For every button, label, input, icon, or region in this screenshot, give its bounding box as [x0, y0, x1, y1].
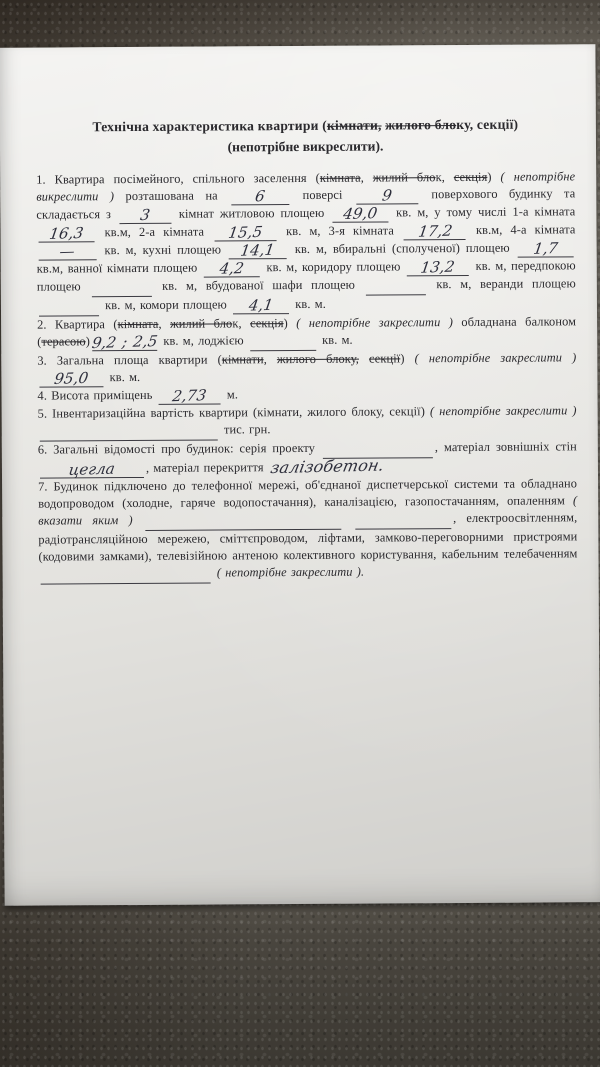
struck-text: жилого бло	[385, 117, 456, 132]
struck-text: терасою	[41, 334, 85, 348]
print-text: 1. Квартира посімейного, спільного засел…	[36, 171, 320, 187]
blank-field	[250, 337, 316, 351]
document-body: 1. Квартира посімейного, спільного засел…	[36, 168, 578, 584]
print-text: кв. м.	[318, 333, 353, 347]
blank-field: 1,7	[518, 243, 574, 257]
handwritten-value: 1,7	[533, 243, 559, 254]
print-text: кв. м, у тому числі 1-а кімната	[390, 204, 575, 219]
handwritten-value: 15,5	[227, 227, 262, 238]
struck-text: жилий бло	[170, 316, 232, 330]
print-text: )	[400, 351, 414, 365]
print-text: , матеріал зовнішніх стін	[435, 439, 577, 454]
print-text	[343, 512, 353, 526]
struck-text: секція	[250, 316, 284, 330]
print-text: поверсі	[291, 188, 354, 202]
blank-field: 4,2	[204, 263, 260, 277]
print-text: кв.м, 2-а кімната	[96, 225, 212, 240]
blank-field: 16,3	[38, 228, 94, 242]
print-text: 6. Загальні відомості про будинок: серія…	[38, 441, 321, 457]
blank-field: 15,5	[214, 227, 276, 241]
photo-background: Технічна характеристика квартири (кімнат…	[0, 0, 600, 1067]
print-text: 4. Висота приміщень	[37, 388, 156, 403]
print-text: , матеріал перекриття	[146, 460, 268, 475]
struck-text: кімнати,	[327, 117, 382, 132]
blank-field: —	[39, 246, 97, 260]
print-text: кв. м, лоджією	[159, 333, 248, 348]
blank-field: 49,0	[332, 208, 388, 222]
print-text: кв. м, коридору площею	[262, 259, 405, 274]
struck-text: кімнати	[222, 352, 264, 366]
print-text: кв. м, вбудованої шафи площею	[153, 278, 363, 293]
blank-field	[366, 281, 426, 295]
form-paragraph-item-2: 2. Квартира (кімната, жилий блок, секція…	[37, 313, 576, 352]
print-text: розташована на	[114, 188, 229, 203]
document-content: Технічна характеристика квартири (кімнат…	[36, 114, 578, 584]
print-text: м.	[223, 387, 238, 401]
form-paragraph-item-7: 7. Будинок підключено до телефонної мере…	[38, 475, 578, 584]
form-paragraph-item-6: 6. Загальні відомості про будинок: серія…	[38, 438, 577, 478]
print-text: к,	[436, 170, 454, 184]
print-text: кв. м, кухні площею	[99, 242, 227, 257]
blank-field	[40, 427, 218, 442]
print-text: кв. м, вбиральні (сполученої) площею	[289, 241, 516, 256]
struck-text: кімната	[118, 317, 159, 331]
handwritten-value: 13,2	[420, 262, 455, 273]
print-text: 5. Інвентаризаційна вартість квартири (к…	[38, 404, 430, 420]
handwritten-value: 14,1	[240, 245, 275, 256]
print-text: ,	[361, 171, 373, 185]
handwritten-text: залізобетон.	[270, 460, 385, 473]
form-paragraph-item-5: 5. Інвентаризаційна вартість квартири (к…	[38, 402, 577, 441]
instruction-text: ( непотрібне закреслити ).	[217, 565, 364, 580]
blank-field: 2,73	[159, 390, 221, 404]
blank-field: 9,2 ; 2,5	[92, 337, 157, 351]
handwritten-value: 2,73	[172, 390, 207, 401]
instruction-text: ( непотрібне закреслити )	[415, 350, 577, 365]
handwritten-value: 9	[381, 190, 392, 200]
form-paragraph-item-1: 1. Квартира посімейного, спільного засел…	[36, 168, 576, 316]
handwritten-value: 17,2	[417, 226, 452, 237]
print-text: к,	[232, 316, 250, 330]
handwritten-value: 4,1	[248, 300, 274, 311]
form-subtitle: (непотрібне викреслити).	[36, 135, 575, 157]
blank-field	[145, 516, 341, 531]
print-text: кімнат житловою площею	[173, 206, 330, 221]
print-text: кв. м.	[291, 297, 326, 311]
form-title: Технічна характеристика квартири (кімнат…	[36, 114, 575, 136]
print-text: ,	[264, 352, 277, 366]
print-text: тис. грн.	[220, 422, 271, 436]
struck-text: жилого блоку,	[277, 352, 359, 367]
handwritten-value: 6	[255, 191, 266, 201]
struck-text: секції	[369, 351, 400, 365]
print-text: ,	[158, 317, 170, 331]
blank-field: 6	[231, 191, 289, 205]
print-text: )	[284, 316, 297, 330]
handwritten-value: 4,2	[219, 263, 245, 274]
blank-field: 14,1	[229, 245, 287, 259]
blank-field: 9	[356, 190, 418, 204]
print-text: кв. м.	[105, 370, 140, 384]
print-text: кв. м, комори площею	[101, 297, 231, 312]
print-text: кв.м, ванної кімнати площею	[37, 261, 202, 276]
handwritten-value: цегла	[68, 464, 116, 475]
print-text	[133, 513, 143, 527]
print-text: кв.м, 4-а кімната	[468, 222, 576, 237]
print-text: Технічна характеристика квартири (	[92, 118, 327, 134]
print-text: )	[86, 334, 90, 348]
struck-text: жилий бло	[373, 170, 436, 184]
instruction-text: ( непотрібне закреслити )	[296, 315, 453, 330]
handwritten-value: —	[59, 246, 76, 256]
struck-text: секція	[454, 170, 488, 184]
print-text	[359, 352, 369, 366]
blank-field	[91, 283, 151, 297]
blank-field: 13,2	[407, 262, 469, 276]
print-text: кв. м, веранди площею	[428, 276, 576, 291]
print-text: 2. Квартира (	[37, 317, 118, 331]
blank-field: 95,0	[39, 373, 103, 387]
handwritten-value: 3	[139, 210, 150, 220]
handwritten-value: 9,2 ; 2,5	[91, 336, 158, 348]
instruction-text: ( непотрібне закреслити )	[430, 403, 577, 418]
handwritten-value: 16,3	[49, 228, 84, 239]
handwritten-value: 49,0	[343, 208, 378, 219]
print-text: 7. Будинок підключено до телефонної мере…	[38, 476, 577, 510]
struck-text: кімната	[320, 171, 361, 185]
print-text: )	[487, 170, 500, 184]
paper-sheet: Технічна характеристика квартири (кімнат…	[0, 44, 600, 906]
blank-field: 3	[119, 210, 171, 224]
print-text: кв. м, 3-я кімната	[278, 223, 402, 238]
print-text: 3. Загальна площа квартири (	[37, 352, 222, 367]
handwritten-value: 95,0	[54, 373, 89, 384]
blank-field	[39, 302, 99, 316]
print-text: ку, секції)	[456, 117, 518, 132]
form-paragraph-item-3: 3. Загальна площа квартири (кімнати, жил…	[37, 349, 576, 387]
blank-field: 4,1	[233, 300, 289, 314]
blank-field: 17,2	[404, 226, 466, 240]
blank-field	[355, 515, 451, 530]
blank-field	[41, 570, 211, 585]
blank-field: цегла	[40, 464, 144, 479]
